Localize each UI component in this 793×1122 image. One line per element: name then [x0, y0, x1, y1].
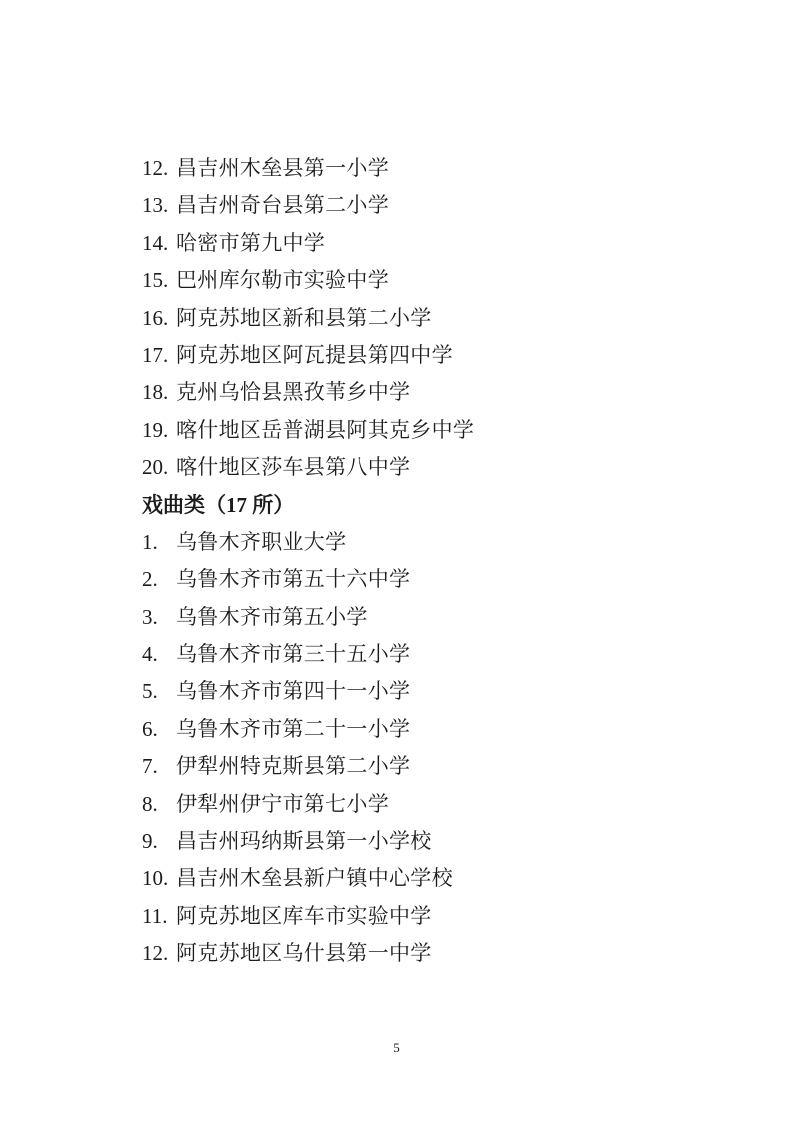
- list-item: 15. 巴州库尔勒市实验中学: [142, 262, 733, 299]
- school-name: 昌吉州玛纳斯县第一小学校: [176, 823, 432, 860]
- school-name: 阿克苏地区阿瓦提县第四中学: [176, 337, 453, 374]
- section-heading: 戏曲类（17 所）: [142, 487, 733, 524]
- list-item-number: 11.: [142, 898, 176, 935]
- list-item-number: 5.: [142, 673, 176, 710]
- school-name: 昌吉州奇台县第二小学: [176, 187, 389, 224]
- document-page: 12. 昌吉州木垒县第一小学 13. 昌吉州奇台县第二小学 14. 哈密市第九中…: [0, 0, 793, 1122]
- section-heading-text: 戏曲类（17 所）: [142, 487, 294, 524]
- school-name: 伊犁州特克斯县第二小学: [176, 748, 410, 785]
- list-item-number: 3.: [142, 599, 176, 636]
- list-item-number: 6.: [142, 711, 176, 748]
- school-name: 乌鲁木齐职业大学: [176, 524, 346, 561]
- school-name: 伊犁州伊宁市第七小学: [176, 786, 389, 823]
- list-item-number: 12.: [142, 935, 176, 972]
- list-item-number: 17.: [142, 337, 176, 374]
- school-name: 乌鲁木齐市第二十一小学: [176, 711, 410, 748]
- list-item: 7. 伊犁州特克斯县第二小学: [142, 748, 733, 785]
- list-item: 19. 喀什地区岳普湖县阿其克乡中学: [142, 412, 733, 449]
- list-item: 4. 乌鲁木齐市第三十五小学: [142, 636, 733, 673]
- list-item: 11. 阿克苏地区库车市实验中学: [142, 898, 733, 935]
- list-item-number: 19.: [142, 412, 176, 449]
- list-item: 18. 克州乌恰县黑孜苇乡中学: [142, 374, 733, 411]
- list-item: 5. 乌鲁木齐市第四十一小学: [142, 673, 733, 710]
- school-name: 乌鲁木齐市第四十一小学: [176, 673, 410, 710]
- list-item-number: 10.: [142, 860, 176, 897]
- school-name: 克州乌恰县黑孜苇乡中学: [176, 374, 410, 411]
- list-item: 16. 阿克苏地区新和县第二小学: [142, 300, 733, 337]
- school-name: 昌吉州木垒县第一小学: [176, 150, 389, 187]
- list-item-number: 12.: [142, 150, 176, 187]
- list-item: 17. 阿克苏地区阿瓦提县第四中学: [142, 337, 733, 374]
- list-item: 13. 昌吉州奇台县第二小学: [142, 187, 733, 224]
- list-item: 12. 阿克苏地区乌什县第一中学: [142, 935, 733, 972]
- school-name: 乌鲁木齐市第五小学: [176, 599, 368, 636]
- list-item-number: 8.: [142, 786, 176, 823]
- list-item: 1. 乌鲁木齐职业大学: [142, 524, 733, 561]
- list-item: 10. 昌吉州木垒县新户镇中心学校: [142, 860, 733, 897]
- list-item-number: 16.: [142, 300, 176, 337]
- list-item-number: 9.: [142, 823, 176, 860]
- list-item-number: 2.: [142, 561, 176, 598]
- school-name: 乌鲁木齐市第五十六中学: [176, 561, 410, 598]
- list-item: 12. 昌吉州木垒县第一小学: [142, 150, 733, 187]
- school-name: 喀什地区莎车县第八中学: [176, 449, 410, 486]
- list-item: 14. 哈密市第九中学: [142, 225, 733, 262]
- school-name: 昌吉州木垒县新户镇中心学校: [176, 860, 453, 897]
- school-name: 阿克苏地区库车市实验中学: [176, 898, 432, 935]
- page-number: 5: [0, 1040, 793, 1056]
- school-name: 阿克苏地区新和县第二小学: [176, 300, 432, 337]
- list-item-number: 15.: [142, 262, 176, 299]
- list-item-number: 7.: [142, 748, 176, 785]
- list-item: 9. 昌吉州玛纳斯县第一小学校: [142, 823, 733, 860]
- page-content: 12. 昌吉州木垒县第一小学 13. 昌吉州奇台县第二小学 14. 哈密市第九中…: [142, 150, 733, 973]
- school-name: 喀什地区岳普湖县阿其克乡中学: [176, 412, 474, 449]
- list-item-number: 4.: [142, 636, 176, 673]
- list-item: 8. 伊犁州伊宁市第七小学: [142, 786, 733, 823]
- school-name: 阿克苏地区乌什县第一中学: [176, 935, 432, 972]
- list-item-number: 1.: [142, 524, 176, 561]
- list-item: 20. 喀什地区莎车县第八中学: [142, 449, 733, 486]
- school-name: 哈密市第九中学: [176, 225, 325, 262]
- list-item-number: 18.: [142, 374, 176, 411]
- list-item: 2. 乌鲁木齐市第五十六中学: [142, 561, 733, 598]
- list-item-number: 14.: [142, 225, 176, 262]
- school-name: 乌鲁木齐市第三十五小学: [176, 636, 410, 673]
- list-item: 6. 乌鲁木齐市第二十一小学: [142, 711, 733, 748]
- list-item-number: 20.: [142, 449, 176, 486]
- list-item-number: 13.: [142, 187, 176, 224]
- list-item: 3. 乌鲁木齐市第五小学: [142, 599, 733, 636]
- school-name: 巴州库尔勒市实验中学: [176, 262, 389, 299]
